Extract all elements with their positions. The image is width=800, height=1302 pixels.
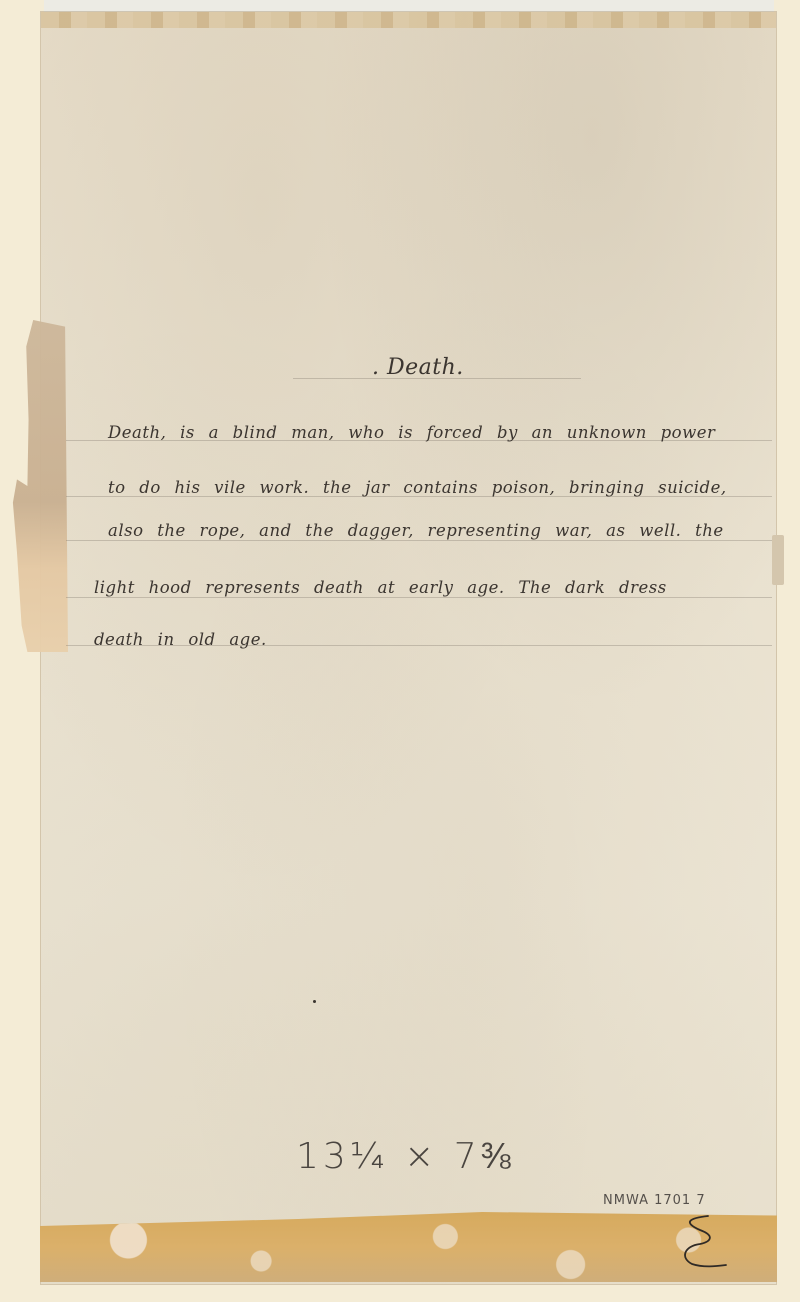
ruled-line — [66, 597, 772, 598]
accession-number: NMWA 1701 7 — [603, 1193, 706, 1208]
accession-mark-icon — [670, 1210, 730, 1270]
dimensions-note: 13¼ × 7⅜ — [296, 1135, 515, 1177]
body-line-3: also the rope, and the dagger, represent… — [108, 521, 724, 540]
ruled-line — [66, 540, 772, 541]
body-line-2: to do his vile work. the jar contains po… — [108, 478, 727, 497]
body-line-5: death in old age. — [94, 630, 267, 649]
body-line-4: light hood represents death at early age… — [94, 578, 667, 597]
body-line-1: Death, is a blind man, who is forced by … — [108, 423, 715, 442]
paper-top-edge-stain — [41, 12, 776, 28]
ink-dot — [313, 1000, 316, 1003]
document-title: . Death. — [372, 355, 464, 380]
torn-hinge-right — [772, 535, 784, 585]
